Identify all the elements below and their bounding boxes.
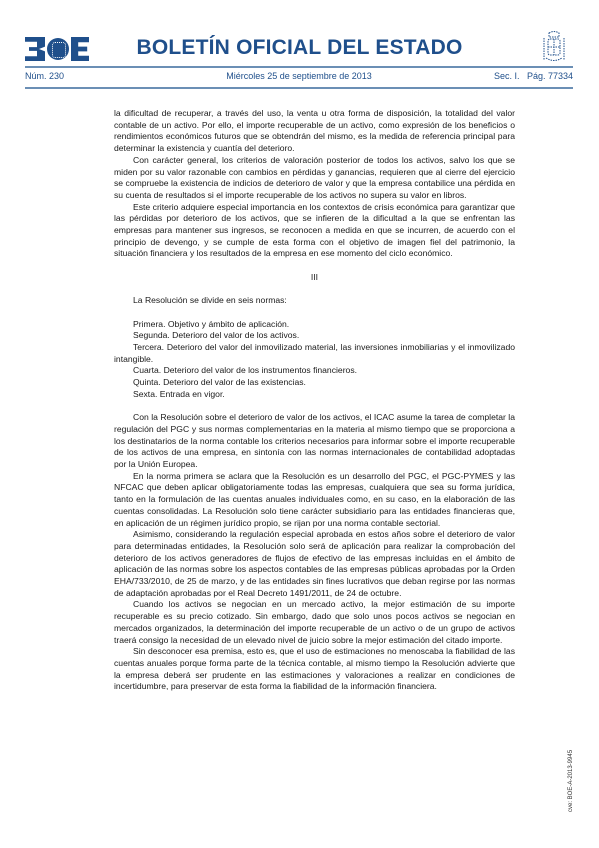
norm-item: Primera. Objetivo y ámbito de aplicación… bbox=[114, 319, 515, 331]
section-heading: III bbox=[114, 272, 515, 284]
norm-item: Segunda. Deterioro del valor de los acti… bbox=[114, 330, 515, 342]
paragraph: Cuando los activos se negocian en un mer… bbox=[114, 599, 515, 646]
page-header: BOLETÍN OFICIAL DEL ESTADO Núm. 230 Miér… bbox=[0, 0, 599, 100]
norm-item: Quinta. Deterioro del valor de las exist… bbox=[114, 377, 515, 389]
paragraph: Asimismo, considerando la regulación esp… bbox=[114, 529, 515, 599]
cve-identifier: cve: BOE-A-2013-9945 bbox=[568, 750, 574, 812]
header-rule-top bbox=[25, 66, 573, 68]
intro-text: La Resolución se divide en seis normas: bbox=[114, 295, 515, 307]
paragraph: En la norma primera se aclara que la Res… bbox=[114, 471, 515, 530]
header-rule-bottom bbox=[25, 87, 573, 89]
coat-of-arms-icon bbox=[540, 30, 568, 64]
document-body: la dificultad de recuperar, a través del… bbox=[114, 108, 515, 693]
publication-title: BOLETÍN OFICIAL DEL ESTADO bbox=[0, 36, 599, 60]
norm-item: Tercera. Deterioro del valor del inmovil… bbox=[114, 342, 515, 365]
paragraph: Sin desconocer esa premisa, esto es, que… bbox=[114, 646, 515, 693]
norm-item: Sexta. Entrada en vigor. bbox=[114, 389, 515, 401]
issue-date: Miércoles 25 de septiembre de 2013 bbox=[25, 71, 573, 81]
section-page: Sec. I. Pág. 77334 bbox=[494, 71, 573, 81]
paragraph: Con carácter general, los criterios de v… bbox=[114, 155, 515, 202]
paragraph: la dificultad de recuperar, a través del… bbox=[114, 108, 515, 155]
header-meta: Núm. 230 Miércoles 25 de septiembre de 2… bbox=[25, 71, 573, 85]
norm-item: Cuarta. Deterioro del valor de los instr… bbox=[114, 365, 515, 377]
paragraph: Este criterio adquiere especial importan… bbox=[114, 202, 515, 261]
paragraph: Con la Resolución sobre el deterioro de … bbox=[114, 412, 515, 471]
